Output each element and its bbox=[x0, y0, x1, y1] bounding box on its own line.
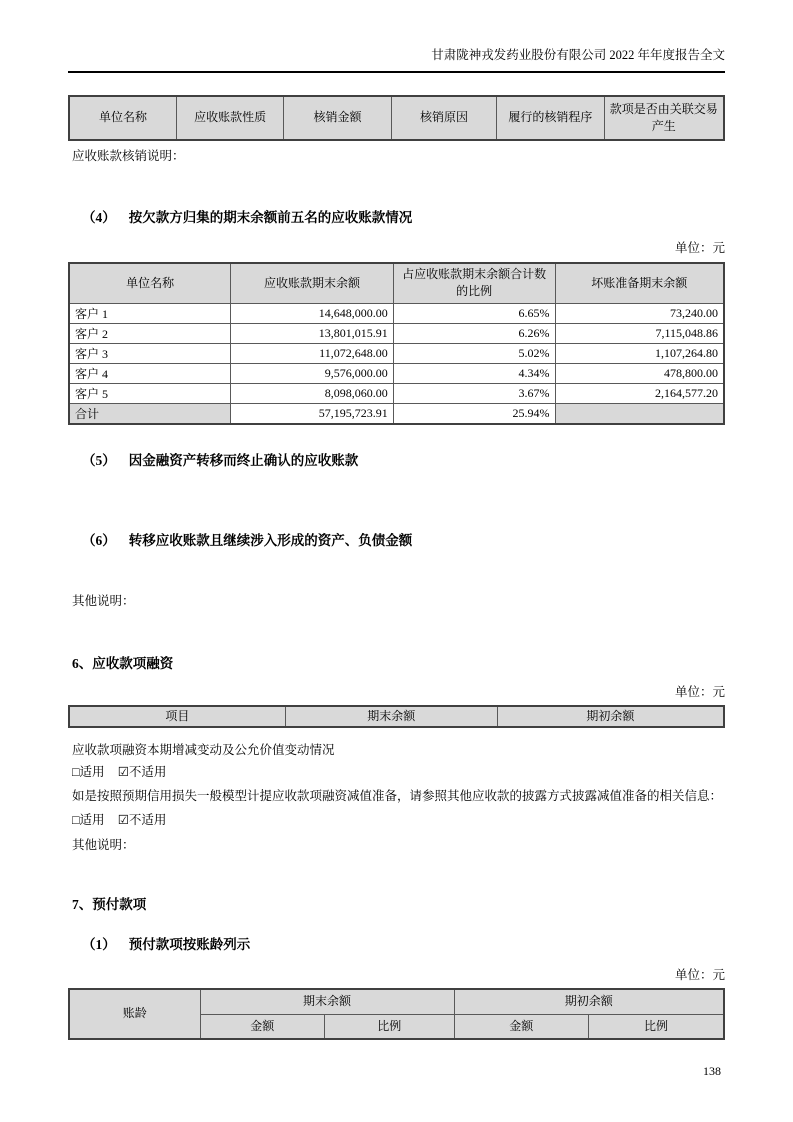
section-6-title: 转移应收账款且继续涉入形成的资产、负债金额 bbox=[129, 533, 413, 548]
table-row-customer-5: 客户 5 8,098,060.00 3.67% 2,164,577.20 bbox=[69, 383, 724, 403]
bad-debt-reserve: 7,115,048.86 bbox=[555, 323, 724, 343]
section-5-title: 因金融资产转移而终止确认的应收账款 bbox=[129, 453, 359, 468]
top5-col-bad-debt: 坏账准备期末余额 bbox=[555, 263, 724, 303]
page-number: 138 bbox=[68, 1064, 725, 1079]
other-note-2: 其他说明： bbox=[72, 837, 725, 853]
table-row-total: 合计 57,195,723.91 25.94% bbox=[69, 403, 724, 424]
checkbox-applicable-unchecked: □适用 bbox=[72, 813, 105, 827]
unit-label-financing: 单位：元 bbox=[68, 684, 725, 700]
table-row-customer-1: 客户 1 14,648,000.00 6.65% 73,240.00 bbox=[69, 303, 724, 323]
writeoff-col-nature: 应收账款性质 bbox=[176, 96, 283, 140]
writeoff-table: 单位名称 应收账款性质 核销金额 核销原因 履行的核销程序 款项是否由关联交易产… bbox=[68, 95, 725, 141]
aging-col-beginning-amount: 金额 bbox=[454, 1014, 588, 1039]
total-bad-debt-reserve bbox=[555, 403, 724, 424]
receivables-financing-title: 应收款项融资 bbox=[92, 656, 173, 671]
aging-header-row-1: 账龄 期末余额 期初余额 bbox=[69, 989, 724, 1014]
aging-col-beginning-ratio: 比例 bbox=[588, 1014, 724, 1039]
bad-debt-reserve: 2,164,577.20 bbox=[555, 383, 724, 403]
document-title: 甘肃陇神戎发药业股份有限公司 2022 年年度报告全文 bbox=[431, 48, 725, 62]
ratio: 6.65% bbox=[393, 303, 555, 323]
bad-debt-reserve: 478,800.00 bbox=[555, 363, 724, 383]
bad-debt-reserve: 73,240.00 bbox=[555, 303, 724, 323]
ending-balance: 9,576,000.00 bbox=[231, 363, 393, 383]
ending-balance: 13,801,015.91 bbox=[231, 323, 393, 343]
customer-name: 客户 1 bbox=[69, 303, 231, 323]
aging-col-ending-ratio: 比例 bbox=[324, 1014, 454, 1039]
total-label: 合计 bbox=[69, 403, 231, 424]
ratio: 5.02% bbox=[393, 343, 555, 363]
prepayments-aging-title: 预付款项按账龄列示 bbox=[129, 937, 251, 952]
section-5-number: （5） bbox=[82, 453, 116, 468]
aging-col-ending-amount: 金额 bbox=[200, 1014, 324, 1039]
writeoff-col-reason: 核销原因 bbox=[391, 96, 496, 140]
ending-balance: 11,072,648.00 bbox=[231, 343, 393, 363]
aging-col-beginning-balance: 期初余额 bbox=[454, 989, 724, 1014]
prepayments-aging-number: （1） bbox=[82, 937, 116, 952]
ending-balance: 14,648,000.00 bbox=[231, 303, 393, 323]
unit-label-top5: 单位：元 bbox=[68, 240, 725, 256]
financing-col-item: 项目 bbox=[69, 706, 285, 727]
section-5-heading: （5）因金融资产转移而终止确认的应收账款 bbox=[82, 451, 725, 470]
financing-col-ending: 期末余额 bbox=[285, 706, 497, 727]
section-6-number: （6） bbox=[82, 533, 116, 548]
receivables-financing-number: 6、 bbox=[72, 656, 92, 671]
prepayments-aging-heading: （1）预付款项按账龄列示 bbox=[82, 935, 725, 954]
financing-change-note: 应收款项融资本期增减变动及公允价值变动情况 bbox=[72, 742, 725, 758]
writeoff-col-amount: 核销金额 bbox=[284, 96, 391, 140]
ratio: 6.26% bbox=[393, 323, 555, 343]
bad-debt-reserve: 1,107,264.80 bbox=[555, 343, 724, 363]
section-6-heading: （6）转移应收账款且继续涉入形成的资产、负债金额 bbox=[82, 531, 725, 550]
section-4-heading: （4）按欠款方归集的期末余额前五名的应收账款情况 bbox=[82, 208, 725, 227]
financing-col-beginning: 期初余额 bbox=[497, 706, 724, 727]
aging-col-aging: 账龄 bbox=[69, 989, 200, 1039]
writeoff-col-related-party: 款项是否由关联交易产生 bbox=[604, 96, 724, 140]
writeoff-col-procedure: 履行的核销程序 bbox=[497, 96, 604, 140]
writeoff-table-header-row: 单位名称 应收账款性质 核销金额 核销原因 履行的核销程序 款项是否由关联交易产… bbox=[69, 96, 724, 140]
report-page: 甘肃陇神戎发药业股份有限公司 2022 年年度报告全文 单位名称 应收账款性质 … bbox=[0, 0, 793, 1122]
document-header: 甘肃陇神戎发药业股份有限公司 2022 年年度报告全文 bbox=[68, 0, 725, 73]
financing-header-row: 项目 期末余额 期初余额 bbox=[69, 706, 724, 727]
receivables-financing-table: 项目 期末余额 期初余额 bbox=[68, 705, 725, 728]
table-row-customer-3: 客户 3 11,072,648.00 5.02% 1,107,264.80 bbox=[69, 343, 724, 363]
prepayments-number: 7、 bbox=[72, 897, 92, 912]
top5-col-ending-balance: 应收账款期末余额 bbox=[231, 263, 393, 303]
writeoff-note: 应收账款核销说明： bbox=[72, 148, 725, 164]
section-4-title: 按欠款方归集的期末余额前五名的应收账款情况 bbox=[129, 210, 413, 225]
writeoff-col-unit-name: 单位名称 bbox=[69, 96, 176, 140]
customer-name: 客户 4 bbox=[69, 363, 231, 383]
table-row-customer-4: 客户 4 9,576,000.00 4.34% 478,800.00 bbox=[69, 363, 724, 383]
prepayments-title: 预付款项 bbox=[92, 897, 146, 912]
unit-label-prepayments: 单位：元 bbox=[68, 967, 725, 983]
customer-name: 客户 3 bbox=[69, 343, 231, 363]
other-note-1: 其他说明： bbox=[72, 593, 725, 609]
applicable-options-2: □适用 ☑不适用 bbox=[72, 812, 725, 828]
checkbox-applicable-unchecked: □适用 bbox=[72, 765, 105, 779]
prepayments-heading: 7、预付款项 bbox=[72, 895, 725, 914]
top5-col-unit-name: 单位名称 bbox=[69, 263, 231, 303]
ratio: 3.67% bbox=[393, 383, 555, 403]
ending-balance: 8,098,060.00 bbox=[231, 383, 393, 403]
total-ending-balance: 57,195,723.91 bbox=[231, 403, 393, 424]
aging-col-ending-balance: 期末余额 bbox=[200, 989, 454, 1014]
table-row-customer-2: 客户 2 13,801,015.91 6.26% 7,115,048.86 bbox=[69, 323, 724, 343]
checkbox-not-applicable-checked: ☑不适用 bbox=[118, 813, 167, 827]
receivables-financing-heading: 6、应收款项融资 bbox=[72, 654, 725, 673]
top5-col-ratio: 占应收账款期末余额合计数 的比例 bbox=[393, 263, 555, 303]
total-ratio: 25.94% bbox=[393, 403, 555, 424]
section-4-number: （4） bbox=[82, 210, 116, 225]
customer-name: 客户 2 bbox=[69, 323, 231, 343]
applicable-options-1: □适用 ☑不适用 bbox=[72, 764, 725, 780]
top5-receivables-table: 单位名称 应收账款期末余额 占应收账款期末余额合计数 的比例 坏账准备期末余额 … bbox=[68, 262, 725, 425]
checkbox-not-applicable-checked: ☑不适用 bbox=[118, 765, 167, 779]
impairment-note: 如是按照预期信用损失一般模型计提应收款项融资减值准备，请参照其他应收款的披露方式… bbox=[72, 788, 725, 804]
customer-name: 客户 5 bbox=[69, 383, 231, 403]
top5-header-row: 单位名称 应收账款期末余额 占应收账款期末余额合计数 的比例 坏账准备期末余额 bbox=[69, 263, 724, 303]
prepayments-aging-table: 账龄 期末余额 期初余额 金额 比例 金额 比例 bbox=[68, 988, 725, 1040]
ratio: 4.34% bbox=[393, 363, 555, 383]
